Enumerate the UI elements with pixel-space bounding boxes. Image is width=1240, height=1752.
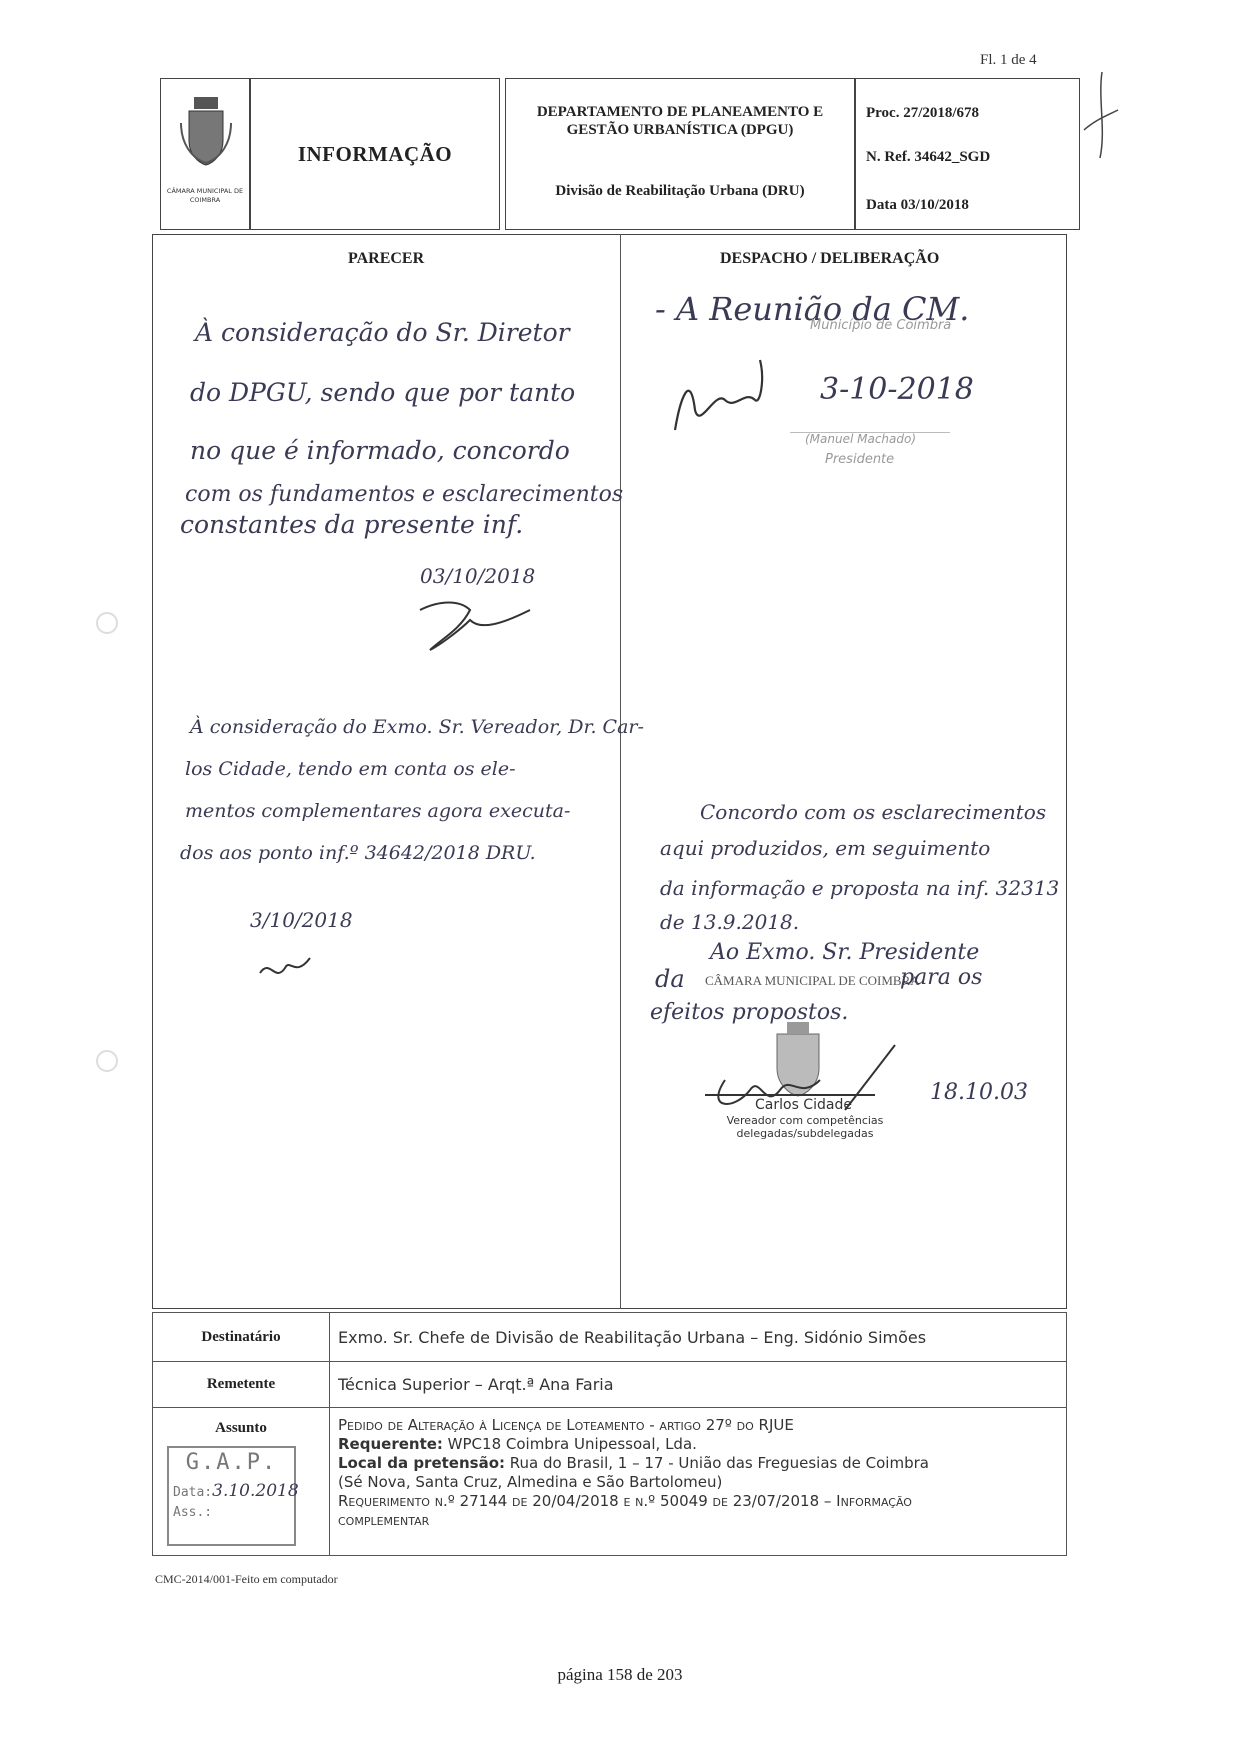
handwritten-line: À consideração do Exmo. Sr. Vereador, Dr… bbox=[190, 716, 644, 738]
folio-number: Fl. 1 de 4 bbox=[980, 52, 1037, 69]
gap-date-label: Data: bbox=[173, 1485, 212, 1500]
stamp-line bbox=[790, 432, 950, 433]
handwritten-date: 03/10/2018 bbox=[420, 564, 535, 588]
gap-date: 3.10.2018 bbox=[212, 1481, 299, 1501]
handwritten-line: da bbox=[655, 965, 685, 993]
handwritten-line: constantes da presente inf. bbox=[180, 510, 523, 539]
councillor-role: Vereador com competências delegadas/subd… bbox=[715, 1114, 895, 1140]
division-name: Divisão de Reabilitação Urbana (DRU) bbox=[506, 183, 854, 200]
subject-label-cell: Assunto G.A.P. Data:3.10.2018 Ass.: bbox=[153, 1408, 330, 1556]
department-cell: DEPARTAMENTO DE PLANEAMENTO E GESTÃO URB… bbox=[505, 78, 855, 230]
gap-assignee-label: Ass.: bbox=[173, 1505, 294, 1520]
logo-caption: CÂMARA MUNICIPAL DE COIMBRA bbox=[165, 187, 245, 205]
applicant-label: Requerente: bbox=[338, 1435, 443, 1453]
inline-stamp: CÂMARA MUNICIPAL DE COIMBRA bbox=[705, 973, 920, 989]
process-number: Proc. 27/2018/678 bbox=[866, 105, 979, 122]
page-number: página 158 de 203 bbox=[0, 1665, 1240, 1685]
signature-icon bbox=[410, 590, 540, 660]
handwritten-line: los Cidade, tendo em conta os ele- bbox=[185, 758, 516, 780]
handwritten-line: do DPGU, sendo que por tanto bbox=[190, 378, 575, 407]
stamp-text: Presidente bbox=[825, 452, 894, 467]
stamp-text: Município de Coimbra bbox=[810, 318, 951, 333]
handwritten-line: aqui produzidos, em seguimento bbox=[660, 836, 990, 860]
stamp-text: (Manuel Machado) bbox=[805, 432, 916, 446]
reference-number: N. Ref. 34642_SGD bbox=[866, 149, 990, 166]
handwritten-line: Ao Exmo. Sr. Presidente bbox=[710, 940, 979, 965]
punch-hole bbox=[96, 1050, 118, 1072]
table-row: Remetente Técnica Superior – Arqt.ª Ana … bbox=[153, 1362, 1067, 1408]
handwritten-line: À consideração do Sr. Diretor bbox=[195, 318, 570, 347]
councillor-name: Carlos Cidade bbox=[755, 1097, 852, 1113]
handwritten-line: para os bbox=[900, 965, 982, 990]
coat-of-arms-icon bbox=[179, 93, 233, 171]
handwritten-date: 18.10.03 bbox=[930, 1080, 1028, 1105]
document-date: Data 03/10/2018 bbox=[866, 197, 969, 214]
handwritten-date: 3-10-2018 bbox=[820, 372, 974, 407]
table-row: Assunto G.A.P. Data:3.10.2018 Ass.: Pedi… bbox=[153, 1408, 1067, 1556]
sender-value: Técnica Superior – Arqt.ª Ana Faria bbox=[330, 1362, 1067, 1408]
location-label: Local da pretensão: bbox=[338, 1454, 505, 1472]
table-row: Destinatário Exmo. Sr. Chefe de Divisão … bbox=[153, 1313, 1067, 1362]
initials-icon bbox=[255, 948, 315, 988]
subject-label: Assunto bbox=[161, 1420, 321, 1437]
process-cell: Proc. 27/2018/678 N. Ref. 34642_SGD Data… bbox=[855, 78, 1080, 230]
handwritten-line: dos aos ponto inf.º 34642/2018 DRU. bbox=[180, 842, 536, 864]
handwritten-date: 3/10/2018 bbox=[250, 908, 353, 932]
handwritten-line: no que é informado, concordo bbox=[190, 436, 570, 465]
request-reference: Requerimento n.º 27144 de 20/04/2018 e n… bbox=[338, 1492, 1058, 1511]
form-title-cell: INFORMAÇÃO bbox=[250, 78, 500, 230]
handwritten-line: de 13.9.2018. bbox=[660, 910, 799, 934]
parecer-heading: PARECER bbox=[348, 250, 424, 268]
location-value: Rua do Brasil, 1 – 17 - União das Fregue… bbox=[505, 1454, 929, 1472]
department-name: DEPARTAMENTO DE PLANEAMENTO E GESTÃO URB… bbox=[506, 103, 854, 139]
gap-stamp-title: G.A.P. bbox=[169, 1450, 294, 1475]
punch-hole bbox=[96, 612, 118, 634]
subject-title: Pedido de Alteração à Licença de Loteame… bbox=[338, 1416, 1058, 1435]
routing-table: Destinatário Exmo. Sr. Chefe de Divisão … bbox=[152, 1312, 1067, 1556]
location-continued: (Sé Nova, Santa Cruz, Almedina e São Bar… bbox=[338, 1473, 1058, 1492]
form-title: INFORMAÇÃO bbox=[298, 142, 452, 167]
handwritten-line: da informação e proposta na inf. 32313 bbox=[660, 876, 1059, 900]
request-reference-continued: complementar bbox=[338, 1511, 1058, 1530]
applicant-value: WPC18 Coimbra Unipessoal, Lda. bbox=[443, 1435, 697, 1453]
form-code: CMC-2014/001-Feito em computador bbox=[155, 1572, 338, 1587]
sender-label: Remetente bbox=[153, 1362, 330, 1408]
column-divider bbox=[620, 234, 621, 1309]
subject-value: Pedido de Alteração à Licença de Loteame… bbox=[330, 1408, 1067, 1556]
gap-stamp: G.A.P. Data:3.10.2018 Ass.: bbox=[167, 1446, 296, 1546]
handwritten-line: mentos complementares agora executa- bbox=[185, 800, 570, 822]
recipient-value: Exmo. Sr. Chefe de Divisão de Reabilitaç… bbox=[330, 1313, 1067, 1362]
handwritten-mark-icon bbox=[1080, 70, 1120, 160]
handwritten-line: com os fundamentos e esclarecimentos bbox=[185, 482, 623, 507]
despacho-heading: DESPACHO / DELIBERAÇÃO bbox=[720, 250, 939, 268]
president-signature-icon bbox=[665, 350, 805, 440]
handwritten-line: Concordo com os esclarecimentos bbox=[700, 800, 1046, 824]
municipal-logo-cell: CÂMARA MUNICIPAL DE COIMBRA bbox=[160, 78, 250, 230]
recipient-label: Destinatário bbox=[153, 1313, 330, 1362]
